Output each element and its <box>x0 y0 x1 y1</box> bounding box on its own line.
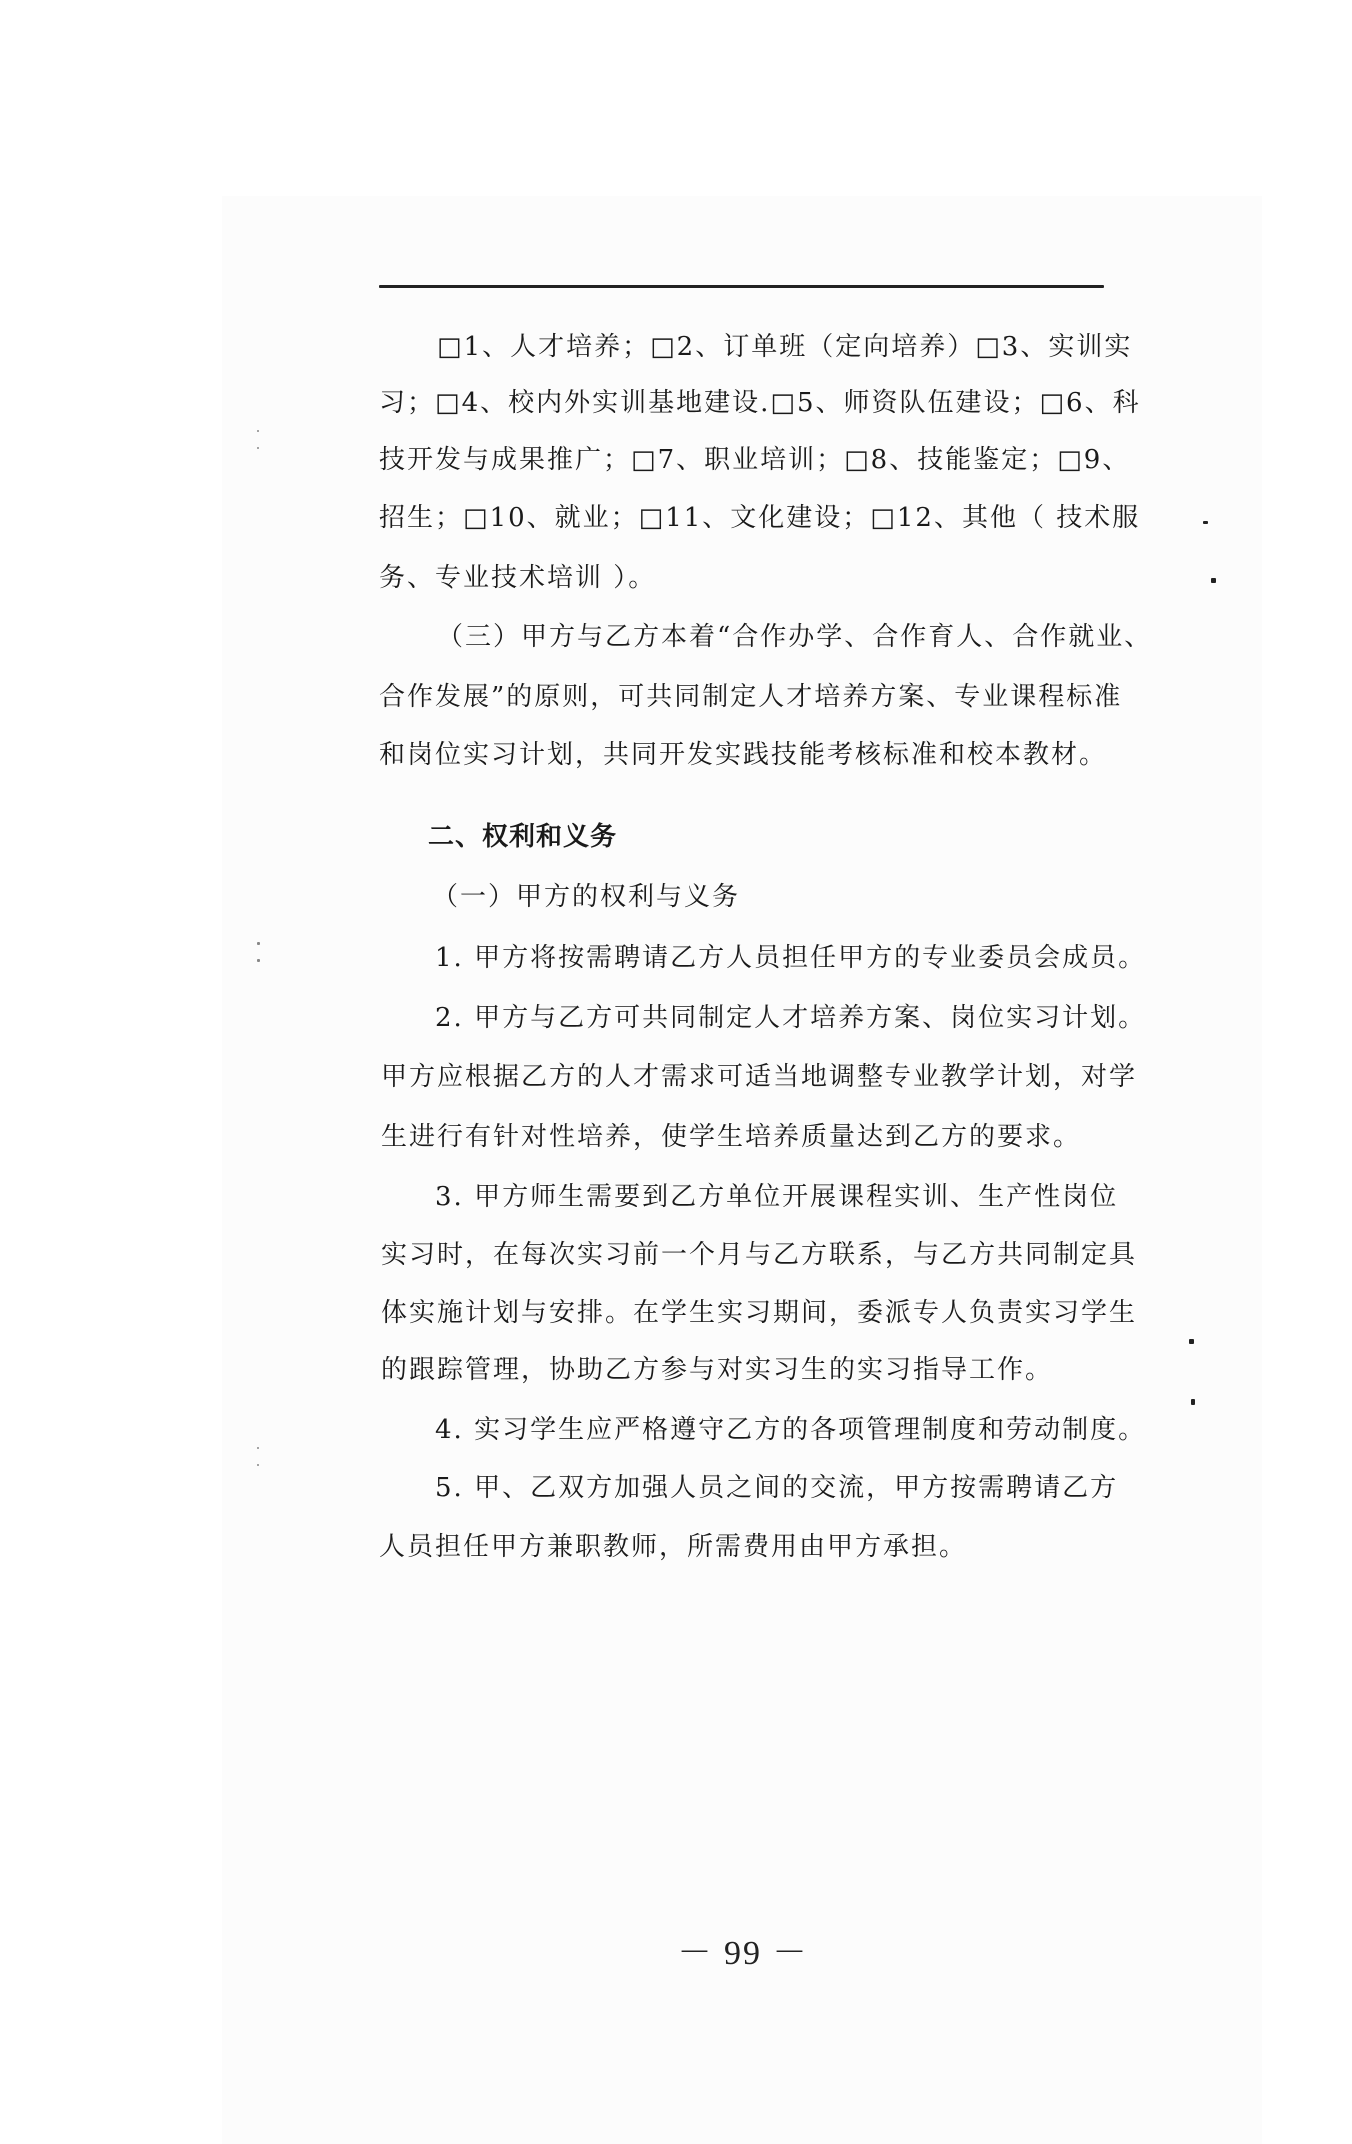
scan-speck <box>257 959 260 962</box>
scanned-page <box>222 196 1262 2144</box>
text-line: 3. 甲方师生需要到乙方单位开展课程实训、生产性岗位 <box>435 1181 1104 1213</box>
text-line: 习；□4、校内外实训基地建设.□5、师资队伍建设；□6、科 <box>379 387 1104 419</box>
text-line: 人员担任甲方兼职教师，所需费用由甲方承担。 <box>379 1531 939 1563</box>
text-line: （三）甲方与乙方本着“合作办学、合作育人、合作就业、 <box>437 621 1104 653</box>
text-line: 1. 甲方将按需聘请乙方人员担任甲方的专业委员会成员。 <box>435 942 1104 974</box>
page-number: － 99 － <box>643 1934 843 1974</box>
text-line: 甲方应根据乙方的人才需求可适当地调整专业教学计划，对学 <box>381 1061 1104 1093</box>
scan-speck <box>257 1464 259 1466</box>
scan-speck <box>1191 1399 1195 1405</box>
text-line: 2. 甲方与乙方可共同制定人才培养方案、岗位实习计划。 <box>435 1002 1104 1034</box>
text-line: 合作发展”的原则，可共同制定人才培养方案、专业课程标准 <box>379 681 1104 713</box>
text-line: □1、人才培养；□2、订单班（定向培养）□3、实训实 <box>437 331 1104 363</box>
text-line: 技开发与成果推广；□7、职业培训；□8、技能鉴定；□9、 <box>379 444 1094 476</box>
scan-speck <box>1203 521 1208 524</box>
text-line: 体实施计划与安排。在学生实习期间，委派专人负责实习学生 <box>381 1297 1104 1329</box>
scan-speck <box>257 1447 259 1449</box>
text-line: 生进行有针对性培养，使学生培养质量达到乙方的要求。 <box>381 1121 1041 1153</box>
scan-speck <box>257 447 259 449</box>
text-line: 5. 甲、乙双方加强人员之间的交流，甲方按需聘请乙方 <box>435 1472 1104 1504</box>
section-heading: 二、权利和义务 <box>428 821 617 853</box>
text-line: 实习时，在每次实习前一个月与乙方联系，与乙方共同制定具 <box>381 1239 1104 1271</box>
text-line: 和岗位实习计划，共同开发实践技能考核标准和校本教材。 <box>379 739 1094 771</box>
text-line: 的跟踪管理，协助乙方参与对实习生的实习指导工作。 <box>381 1354 1011 1386</box>
scan-speck <box>1189 1339 1194 1344</box>
scan-speck <box>257 942 260 945</box>
header-rule <box>379 285 1104 288</box>
text-line: 务、专业技术培训 ）。 <box>379 562 656 594</box>
text-line: 招生；□10、就业；□11、文化建设；□12、其他（ 技术服 <box>379 502 1101 534</box>
scan-speck <box>257 430 259 432</box>
scan-speck <box>1211 578 1216 583</box>
subsection-heading: （一）甲方的权利与义务 <box>432 881 740 913</box>
text-line: 4. 实习学生应严格遵守乙方的各项管理制度和劳动制度。 <box>435 1414 1104 1446</box>
